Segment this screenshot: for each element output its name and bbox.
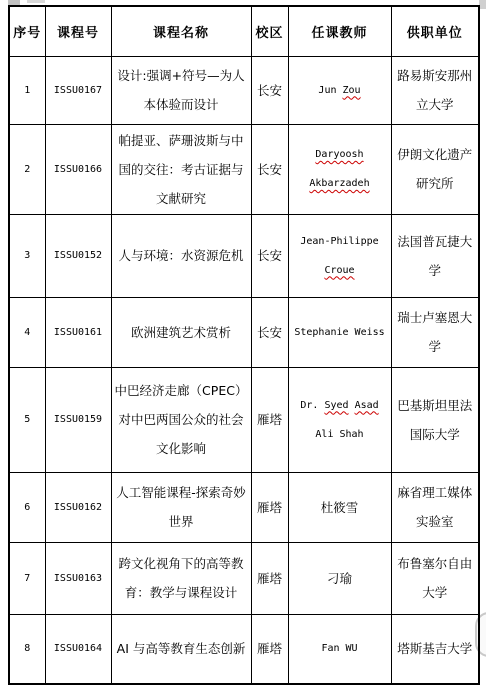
row-number-cell: 7 [9, 542, 45, 614]
teacher-cell: Dr. Syed Asad Ali Shah [288, 367, 391, 472]
campus-cell: 雁塔 [251, 367, 288, 472]
course-name-cell: 跨文化视角下的高等教育：教学与课程设计 [111, 542, 251, 614]
table-row: 8ISSU0164AI 与高等教育生态创新雁塔Fan WU塔斯基吉大学 [9, 614, 479, 684]
institution-cell: 巴基斯坦里法国际大学 [391, 367, 479, 472]
misspelled-teacher-word: Akbarzadeh [309, 178, 369, 189]
table-row: 5ISSU0159中巴经济走廊（CPEC）对中巴两国公众的社会文化影响雁塔Dr.… [9, 367, 479, 472]
course-id-cell: ISSU0159 [45, 367, 111, 472]
row-number-cell: 5 [9, 367, 45, 472]
table-header-row: 序号 课程号 课程名称 校区 任课教师 供职单位 [9, 6, 479, 56]
course-id-cell: ISSU0164 [45, 614, 111, 684]
institution-cell: 伊朗文化遗产研究所 [391, 124, 479, 214]
campus-cell: 长安 [251, 124, 288, 214]
course-id-cell: ISSU0152 [45, 214, 111, 297]
teacher-name-segment: Ali Shah [315, 429, 363, 440]
campus-cell: 雁塔 [251, 614, 288, 684]
course-name-cell: AI 与高等教育生态创新 [111, 614, 251, 684]
course-name-cell: 中巴经济走廊（CPEC）对中巴两国公众的社会文化影响 [111, 367, 251, 472]
teacher-name-segment: Jean-Philippe [300, 236, 378, 247]
course-name-cell: 设计:强调+符号—为人本体验而设计 [111, 56, 251, 124]
course-name-cell: 欧洲建筑艺术赏析 [111, 297, 251, 367]
course-name-cell: 人工智能课程-探索奇妙世界 [111, 472, 251, 542]
table-row: 2ISSU0166帕提亚、萨珊波斯与中国的交往：考古证据与文献研究长安Daryo… [9, 124, 479, 214]
teacher-cell: 刁瑜 [288, 542, 391, 614]
table-row: 1ISSU0167设计:强调+符号—为人本体验而设计长安Jun Zou路易斯安那… [9, 56, 479, 124]
teacher-name-segment: 刁瑜 [327, 571, 352, 586]
course-table: 序号 课程号 课程名称 校区 任课教师 供职单位 1ISSU0167设计:强调+… [8, 5, 480, 685]
row-number-cell: 3 [9, 214, 45, 297]
document-page: 序号 课程号 课程名称 校区 任课教师 供职单位 1ISSU0167设计:强调+… [0, 0, 486, 685]
campus-cell: 雁塔 [251, 542, 288, 614]
institution-cell: 瑞士卢塞恩大学 [391, 297, 479, 367]
course-name-cell: 人与环境：水资源危机 [111, 214, 251, 297]
institution-cell: 法国普瓦捷大学 [391, 214, 479, 297]
header-course-name: 课程名称 [111, 6, 251, 56]
header-course-id: 课程号 [45, 6, 111, 56]
table-row: 6ISSU0162人工智能课程-探索奇妙世界雁塔杜筱雪麻省理工媒体实验室 [9, 472, 479, 542]
header-teacher: 任课教师 [288, 6, 391, 56]
misspelled-teacher-word: Asad [355, 400, 379, 411]
teacher-cell: Fan WU [288, 614, 391, 684]
institution-cell: 麻省理工媒体实验室 [391, 472, 479, 542]
teacher-name-segment: Stephanie Weiss [294, 327, 384, 338]
table-row: 7ISSU0163跨文化视角下的高等教育：教学与课程设计雁塔刁瑜布鲁塞尔自由大学 [9, 542, 479, 614]
institution-cell: 路易斯安那州立大学 [391, 56, 479, 124]
teacher-cell: 杜筱雪 [288, 472, 391, 542]
row-number-cell: 6 [9, 472, 45, 542]
teacher-name-segment: Dr. [300, 400, 324, 411]
misspelled-teacher-word: Croue [324, 265, 354, 276]
institution-cell: 布鲁塞尔自由大学 [391, 542, 479, 614]
campus-cell: 长安 [251, 297, 288, 367]
header-institution: 供职单位 [391, 6, 479, 56]
teacher-name-segment: 杜筱雪 [321, 500, 359, 515]
institution-cell: 塔斯基吉大学 [391, 614, 479, 684]
table-row: 4ISSU0161欧洲建筑艺术赏析长安Stephanie Weiss瑞士卢塞恩大… [9, 297, 479, 367]
teacher-cell: Daryoosh Akbarzadeh [288, 124, 391, 214]
misspelled-teacher-word: Zou [343, 85, 361, 96]
row-number-cell: 8 [9, 614, 45, 684]
course-id-cell: ISSU0166 [45, 124, 111, 214]
campus-cell: 长安 [251, 214, 288, 297]
teacher-cell: Stephanie Weiss [288, 297, 391, 367]
row-number-cell: 4 [9, 297, 45, 367]
misspelled-teacher-word: Daryoosh [315, 149, 363, 160]
teacher-name-segment: Jun [318, 85, 342, 96]
teacher-cell: Jean-Philippe Croue [288, 214, 391, 297]
table-row: 3ISSU0152人与环境：水资源危机长安Jean-Philippe Croue… [9, 214, 479, 297]
row-number-cell: 1 [9, 56, 45, 124]
edge-artifact-top-right [479, 0, 486, 9]
teacher-cell: Jun Zou [288, 56, 391, 124]
header-row-number: 序号 [9, 6, 45, 56]
header-campus: 校区 [251, 6, 288, 56]
misspelled-teacher-word: Syed [324, 400, 348, 411]
campus-cell: 雁塔 [251, 472, 288, 542]
course-id-cell: ISSU0162 [45, 472, 111, 542]
course-name-cell: 帕提亚、萨珊波斯与中国的交往：考古证据与文献研究 [111, 124, 251, 214]
table-body: 1ISSU0167设计:强调+符号—为人本体验而设计长安Jun Zou路易斯安那… [9, 56, 479, 684]
course-id-cell: ISSU0167 [45, 56, 111, 124]
row-number-cell: 2 [9, 124, 45, 214]
campus-cell: 长安 [251, 56, 288, 124]
course-id-cell: ISSU0163 [45, 542, 111, 614]
edge-artifact-top-strip [27, 0, 45, 3]
teacher-name-segment: Fan WU [321, 643, 357, 654]
course-id-cell: ISSU0161 [45, 297, 111, 367]
